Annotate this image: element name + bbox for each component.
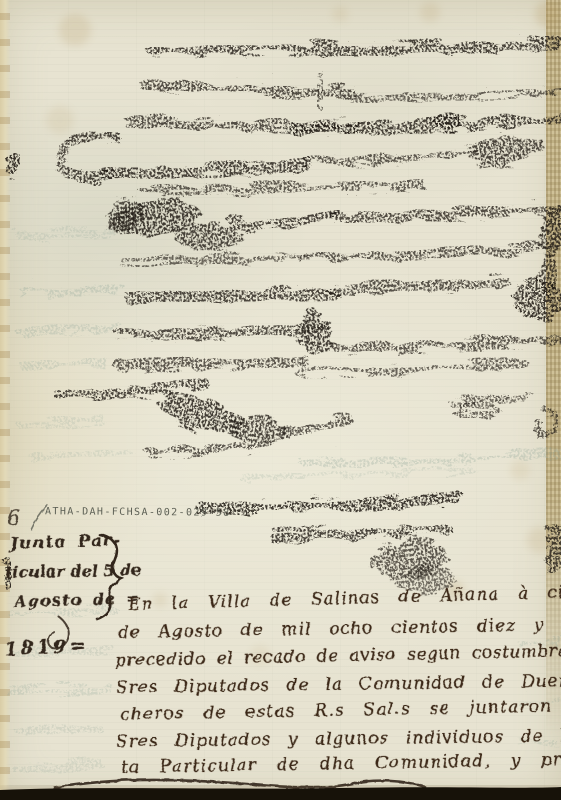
- manuscript-page: ATHA-DAH-FCHSA-002-029-58 6 Junta Par- t…: [0, 0, 561, 800]
- page-bottom-edge: [0, 787, 561, 800]
- closing-flourish: [54, 779, 424, 787]
- archive-reference-stamp: ATHA-DAH-FCHSA-002-029-58: [45, 506, 231, 519]
- margin-note-line-2: ticular del 5 de: [4, 560, 141, 581]
- margin-note-line-3: Agosto de =: [13, 588, 140, 610]
- folio-number: 6: [6, 505, 19, 529]
- margin-note-line-1: Junta Par-: [9, 529, 121, 552]
- margin-note-line-4: 1819=: [3, 634, 88, 660]
